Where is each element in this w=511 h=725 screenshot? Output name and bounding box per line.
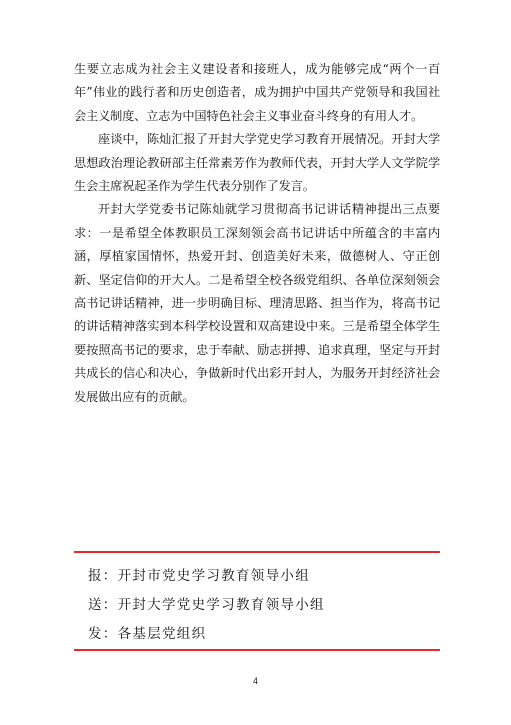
paragraph-1: 生要立志成为社会主义建设者和接班人，成为能够完成“两个一百年”伟业的践行者和历史… [74,58,440,128]
paragraph-3: 开封大学党委书记陈灿就学习贯彻高书记讲话精神提出三点要求：一是希望全体教职员工深… [74,198,440,409]
page-number: 4 [0,676,511,686]
distribution-label: 发： [88,626,118,642]
red-divider-bottom [74,649,440,651]
document-page: 生要立志成为社会主义建设者和接班人，成为能够完成“两个一百年”伟业的践行者和历史… [0,0,511,725]
distribution-label: 送： [88,597,118,613]
distribution-value: 各基层党组织 [118,626,207,642]
red-divider-top [74,551,440,553]
distribution-issue-to: 发：各基层党组织 [88,620,325,649]
distribution-send-to: 送：开封大学党史学习教育领导小组 [88,591,325,620]
paragraph-2: 座谈中，陈灿汇报了开封大学党史学习教育开展情况。开封大学思想政治理论教研部主任常… [74,128,440,198]
distribution-report-to: 报：开封市党史学习教育领导小组 [88,562,325,591]
distribution-label: 报： [88,568,118,584]
distribution-value: 开封大学党史学习教育领导小组 [118,597,325,613]
distribution-value: 开封市党史学习教育领导小组 [118,568,310,584]
distribution-list: 报：开封市党史学习教育领导小组 送：开封大学党史学习教育领导小组 发：各基层党组… [88,562,325,649]
document-body: 生要立志成为社会主义建设者和接班人，成为能够完成“两个一百年”伟业的践行者和历史… [74,58,440,409]
